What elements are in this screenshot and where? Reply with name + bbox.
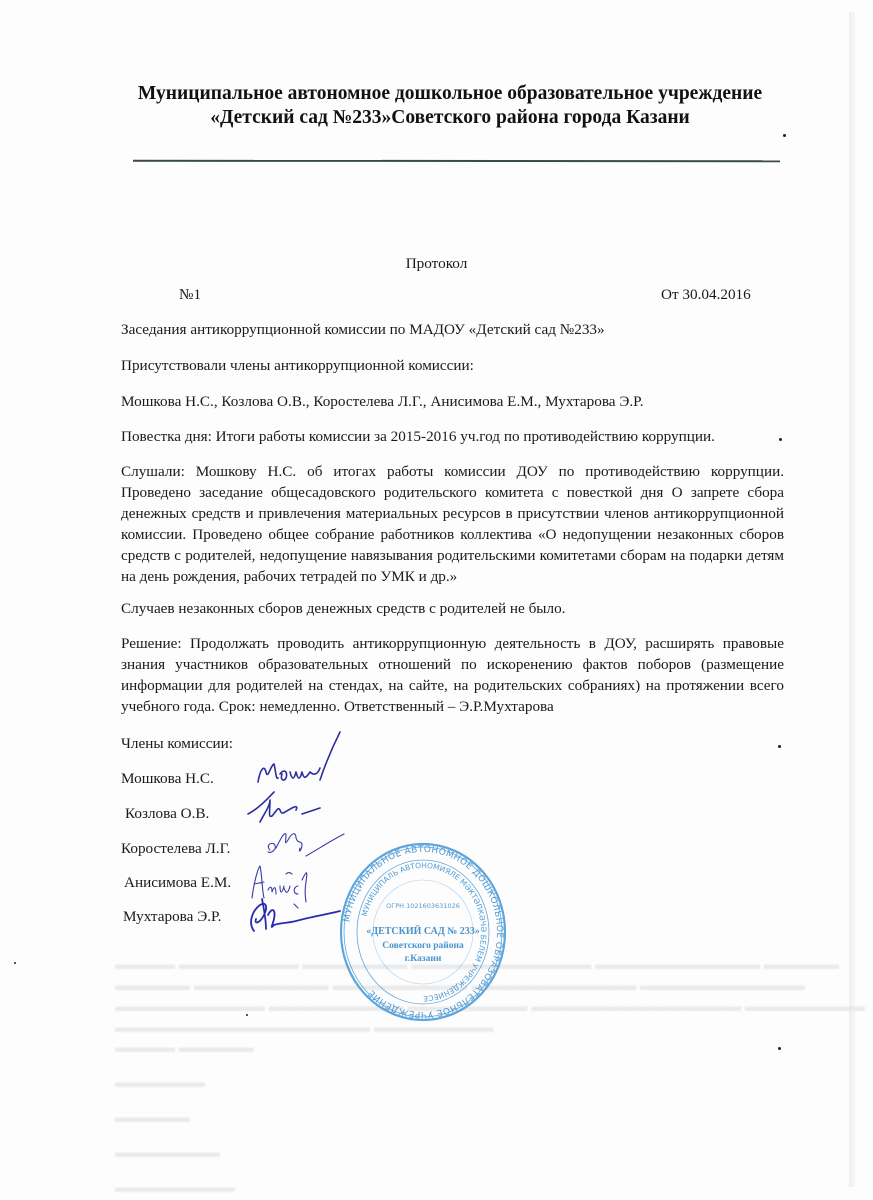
header-divider bbox=[133, 160, 780, 163]
document-page: ▬▬▬▬ ▬▬▬▬▬▬▬▬ ▬▬▬▬▬▬▬ ▬▬▬▬▬▬▬▬▬▬▬▬ ▬▬▬▬▬… bbox=[0, 0, 873, 1200]
present-list: Мошкова Н.С., Козлова О.В., Коростелева … bbox=[121, 391, 784, 412]
member-name: Козлова О.В. bbox=[125, 803, 209, 824]
stamp-center-line-3: г.Казани bbox=[405, 954, 442, 964]
heard-paragraph: Слушали: Мошкову Н.С. об итогах работы к… bbox=[121, 461, 784, 587]
institution-header: Муниципальное автономное дошкольное обра… bbox=[100, 82, 800, 130]
bleed-through-text: ▬▬▬▬▬▬▬▬ bbox=[115, 1178, 235, 1199]
scan-speck bbox=[14, 962, 16, 964]
scan-speck bbox=[778, 745, 781, 748]
bleed-through-text: ▬▬▬▬▬▬ bbox=[115, 1073, 205, 1094]
stamp-ogrn: ОГРН 1021603631026 bbox=[386, 902, 460, 910]
scan-speck bbox=[779, 438, 782, 441]
member-name: Коростелева Л.Г. bbox=[121, 838, 230, 859]
protocol-date: От 30.04.2016 bbox=[661, 284, 751, 305]
member-name: Мошкова Н.С. bbox=[121, 768, 214, 789]
member-name: Анисимова Е.М. bbox=[124, 872, 231, 893]
scan-speck bbox=[783, 134, 786, 137]
no-cases-statement: Случаев незаконных сборов денежных средс… bbox=[121, 598, 784, 619]
bleed-through-text: ▬▬▬▬ ▬▬▬▬▬ bbox=[115, 1038, 254, 1059]
meeting-title: Заседания антикоррупционной комиссии по … bbox=[121, 319, 784, 340]
members-label: Члены комиссии: bbox=[121, 733, 233, 754]
official-stamp-icon: МУНИЦИПАЛЬНОЕ АВТОНОМНОЕ ДОШКОЛЬНОЕ ОБРА… bbox=[338, 842, 508, 1022]
bleed-through-text: ▬▬▬▬▬▬▬ bbox=[115, 1143, 220, 1164]
stamp-center-line-1: «ДЕТСКИЙ САД № 233» bbox=[366, 925, 480, 937]
member-name: Мухтарова Э.Р. bbox=[123, 906, 221, 927]
stamp-center-line-2: Советского района bbox=[382, 940, 464, 951]
header-line-2: «Детский сад №233»Советского района горо… bbox=[100, 106, 800, 130]
bleed-through-text: ▬▬▬▬▬ bbox=[115, 1108, 190, 1129]
document-title: Протокол bbox=[0, 253, 873, 274]
header-line-1: Муниципальное автономное дошкольное обра… bbox=[100, 82, 800, 106]
scan-speck bbox=[246, 1014, 248, 1016]
agenda: Повестка дня: Итоги работы комиссии за 2… bbox=[121, 426, 784, 447]
decision-paragraph: Решение: Продолжать проводить антикорруп… bbox=[121, 633, 784, 717]
scan-speck bbox=[778, 1047, 781, 1050]
protocol-number: №1 bbox=[179, 284, 201, 305]
present-label: Присутствовали члены антикоррупционной к… bbox=[121, 355, 784, 376]
